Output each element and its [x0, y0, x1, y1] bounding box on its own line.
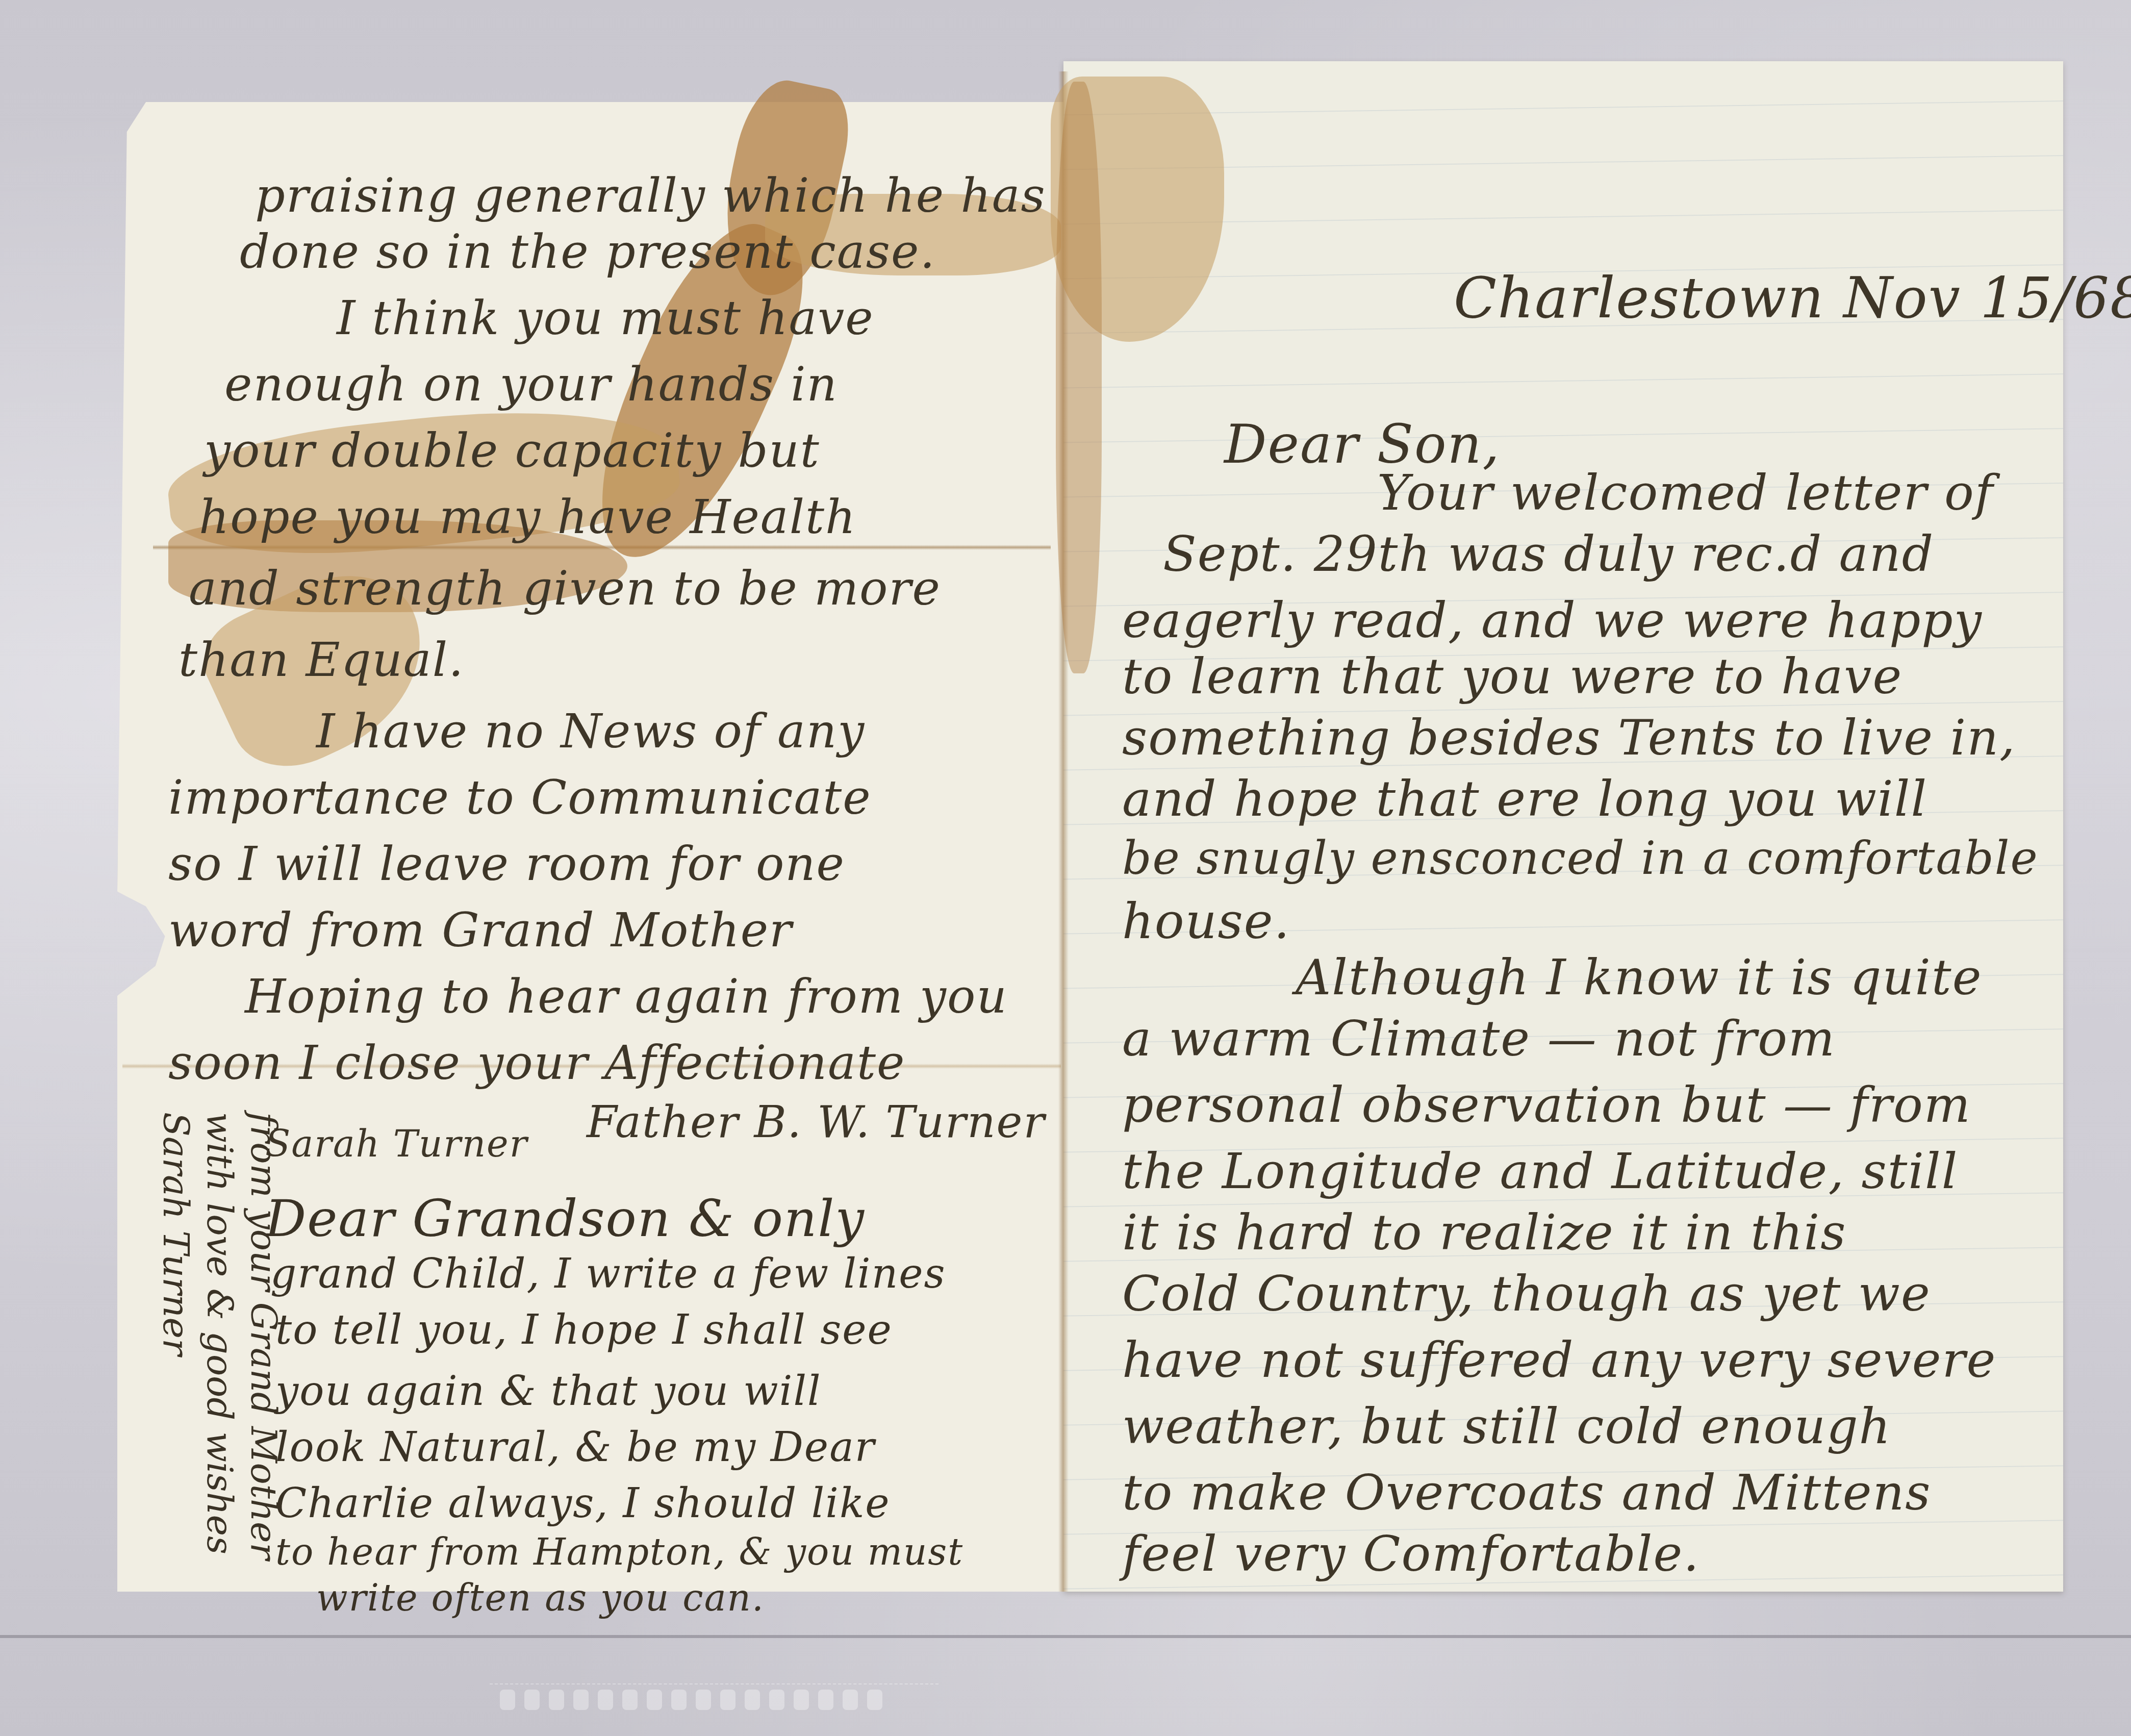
grandmother-note-line: look Natural, & be my Dear	[275, 1423, 875, 1471]
letter-line: feel very Comfortable.	[1122, 1525, 1700, 1582]
letter-line: so I will leave room for one	[168, 837, 845, 891]
letter-line: to make Overcoats and Mittens	[1122, 1464, 1932, 1521]
letter-line: a warm Climate — not from	[1122, 1010, 1836, 1067]
margin-note-line: Sarah Turner	[154, 1112, 198, 1602]
grandmother-note-line: write often as you can.	[316, 1576, 765, 1619]
sleeve-edge	[0, 1635, 2131, 1638]
letter-line: it is hard to realize it in this	[1122, 1204, 1847, 1261]
signature-grandmother: Sarah Turner	[265, 1122, 528, 1165]
water-stain	[1056, 82, 1102, 673]
letter-line: I think you must have	[337, 291, 874, 345]
letter-line: hope you may have Health	[199, 490, 856, 544]
letter-line: your double capacity but	[204, 423, 820, 478]
grandmother-note-line: Dear Grandson & only	[265, 1189, 865, 1248]
letter-line: weather, but still cold enough	[1122, 1398, 1891, 1455]
letter-line: Sept. 29th was duly rec.d and	[1163, 525, 1934, 583]
letter-line: Hoping to hear again from you	[245, 969, 1008, 1024]
margin-note-line: from your Grand Mother	[242, 1112, 286, 1602]
margin-note-vertical: from your Grand Mother with love & good …	[153, 1112, 286, 1602]
letter-line: the Longitude and Latitude, still	[1122, 1143, 1958, 1200]
signature-father: Father B. W. Turner	[587, 1097, 1046, 1148]
sleeve-embossed-label	[490, 1683, 938, 1715]
letter-line: word from Grand Mother	[168, 903, 793, 958]
letter-line: and hope that ere long you will	[1122, 770, 1927, 827]
letter-line: done so in the present case.	[240, 224, 936, 279]
letter-line: enough on your hands in	[224, 357, 838, 412]
letter-line: soon I close your Affectionate	[168, 1036, 905, 1090]
letter-line: I have no News of any	[316, 704, 865, 759]
letter-line: house.	[1122, 893, 1290, 950]
letter-line: to learn that you were to have	[1122, 648, 1902, 705]
letter-line: and strength given to be more	[189, 561, 941, 616]
letter-line: Although I know it is quite	[1296, 949, 1982, 1006]
grandmother-note-line: to hear from Hampton, & you must	[275, 1530, 963, 1573]
letter-line: than Equal.	[179, 633, 464, 687]
letter-line: praising generally which he has	[255, 168, 1046, 223]
letter-line: eagerly read, and we were happy	[1122, 592, 1983, 649]
grandmother-note-line: to tell you, I hope I shall see	[275, 1306, 893, 1353]
margin-note-line: with love & good wishes	[198, 1112, 242, 1602]
grandmother-note-line: grand Child, I write a few lines	[270, 1250, 946, 1297]
letter-line: Your welcomed letter of	[1377, 464, 1994, 521]
letter-line: have not suffered any very severe	[1122, 1331, 1996, 1389]
letter-dateline: Charlestown Nov 15/68	[1454, 265, 2131, 331]
letter-line: Cold Country, though as yet we	[1122, 1265, 1931, 1322]
letter-line: personal observation but — from	[1122, 1076, 1971, 1134]
letter-line: importance to Communicate	[168, 770, 872, 825]
letter-line: something besides Tents to live in,	[1122, 709, 2016, 766]
grandmother-note-line: Charlie always, I should like	[275, 1479, 891, 1527]
grandmother-note-line: you again & that you will	[275, 1367, 822, 1415]
letter-line: be snugly ensconced in a comfortable	[1122, 832, 2039, 885]
